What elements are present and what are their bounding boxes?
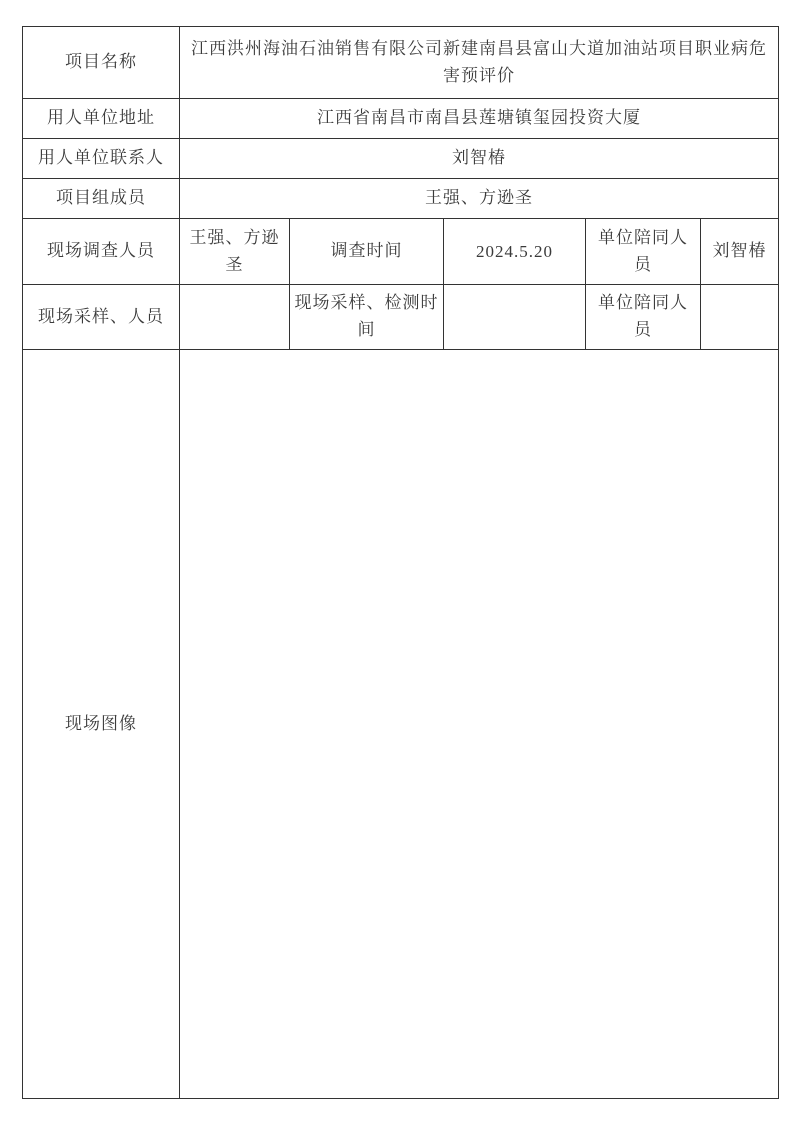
row-employer-address: 用人单位地址 江西省南昌市南昌县莲塘镇玺园投资大厦 <box>23 99 779 139</box>
project-name-label: 项目名称 <box>23 27 180 99</box>
sampling-time-label: 现场采样、检测时间 <box>290 285 444 350</box>
site-survey-value: 王强、方逊圣 <box>180 219 290 285</box>
employer-address-value: 江西省南昌市南昌县莲塘镇玺园投资大厦 <box>180 99 779 139</box>
row-site-images: 现场图像 <box>23 350 779 1099</box>
survey-escort-label: 单位陪同人员 <box>586 219 701 285</box>
project-members-value: 王强、方逊圣 <box>180 179 779 219</box>
row-employer-contact: 用人单位联系人 刘智椿 <box>23 139 779 179</box>
sampling-escort-value <box>701 285 779 350</box>
row-project-name: 项目名称 江西洪州海油石油销售有限公司新建南昌县富山大道加油站项目职业病危害预评… <box>23 27 779 99</box>
site-sampling-value <box>180 285 290 350</box>
project-name-value: 江西洪州海油石油销售有限公司新建南昌县富山大道加油站项目职业病危害预评价 <box>180 27 779 99</box>
survey-time-value: 2024.5.20 <box>444 219 586 285</box>
employer-contact-value: 刘智椿 <box>180 139 779 179</box>
sampling-escort-label: 单位陪同人员 <box>586 285 701 350</box>
row-project-members: 项目组成员 王强、方逊圣 <box>23 179 779 219</box>
site-sampling-label: 现场采样、人员 <box>23 285 180 350</box>
row-site-sampling: 现场采样、人员 现场采样、检测时间 单位陪同人员 <box>23 285 779 350</box>
row-site-survey: 现场调查人员 王强、方逊圣 调查时间 2024.5.20 单位陪同人员 刘智椿 <box>23 219 779 285</box>
survey-time-label: 调查时间 <box>290 219 444 285</box>
sampling-time-value <box>444 285 586 350</box>
project-info-form: 项目名称 江西洪州海油石油销售有限公司新建南昌县富山大道加油站项目职业病危害预评… <box>22 26 779 1099</box>
employer-address-label: 用人单位地址 <box>23 99 180 139</box>
site-images-label: 现场图像 <box>23 350 180 1099</box>
survey-escort-value: 刘智椿 <box>701 219 779 285</box>
project-members-label: 项目组成员 <box>23 179 180 219</box>
site-image-area <box>180 350 779 1099</box>
site-survey-label: 现场调查人员 <box>23 219 180 285</box>
employer-contact-label: 用人单位联系人 <box>23 139 180 179</box>
